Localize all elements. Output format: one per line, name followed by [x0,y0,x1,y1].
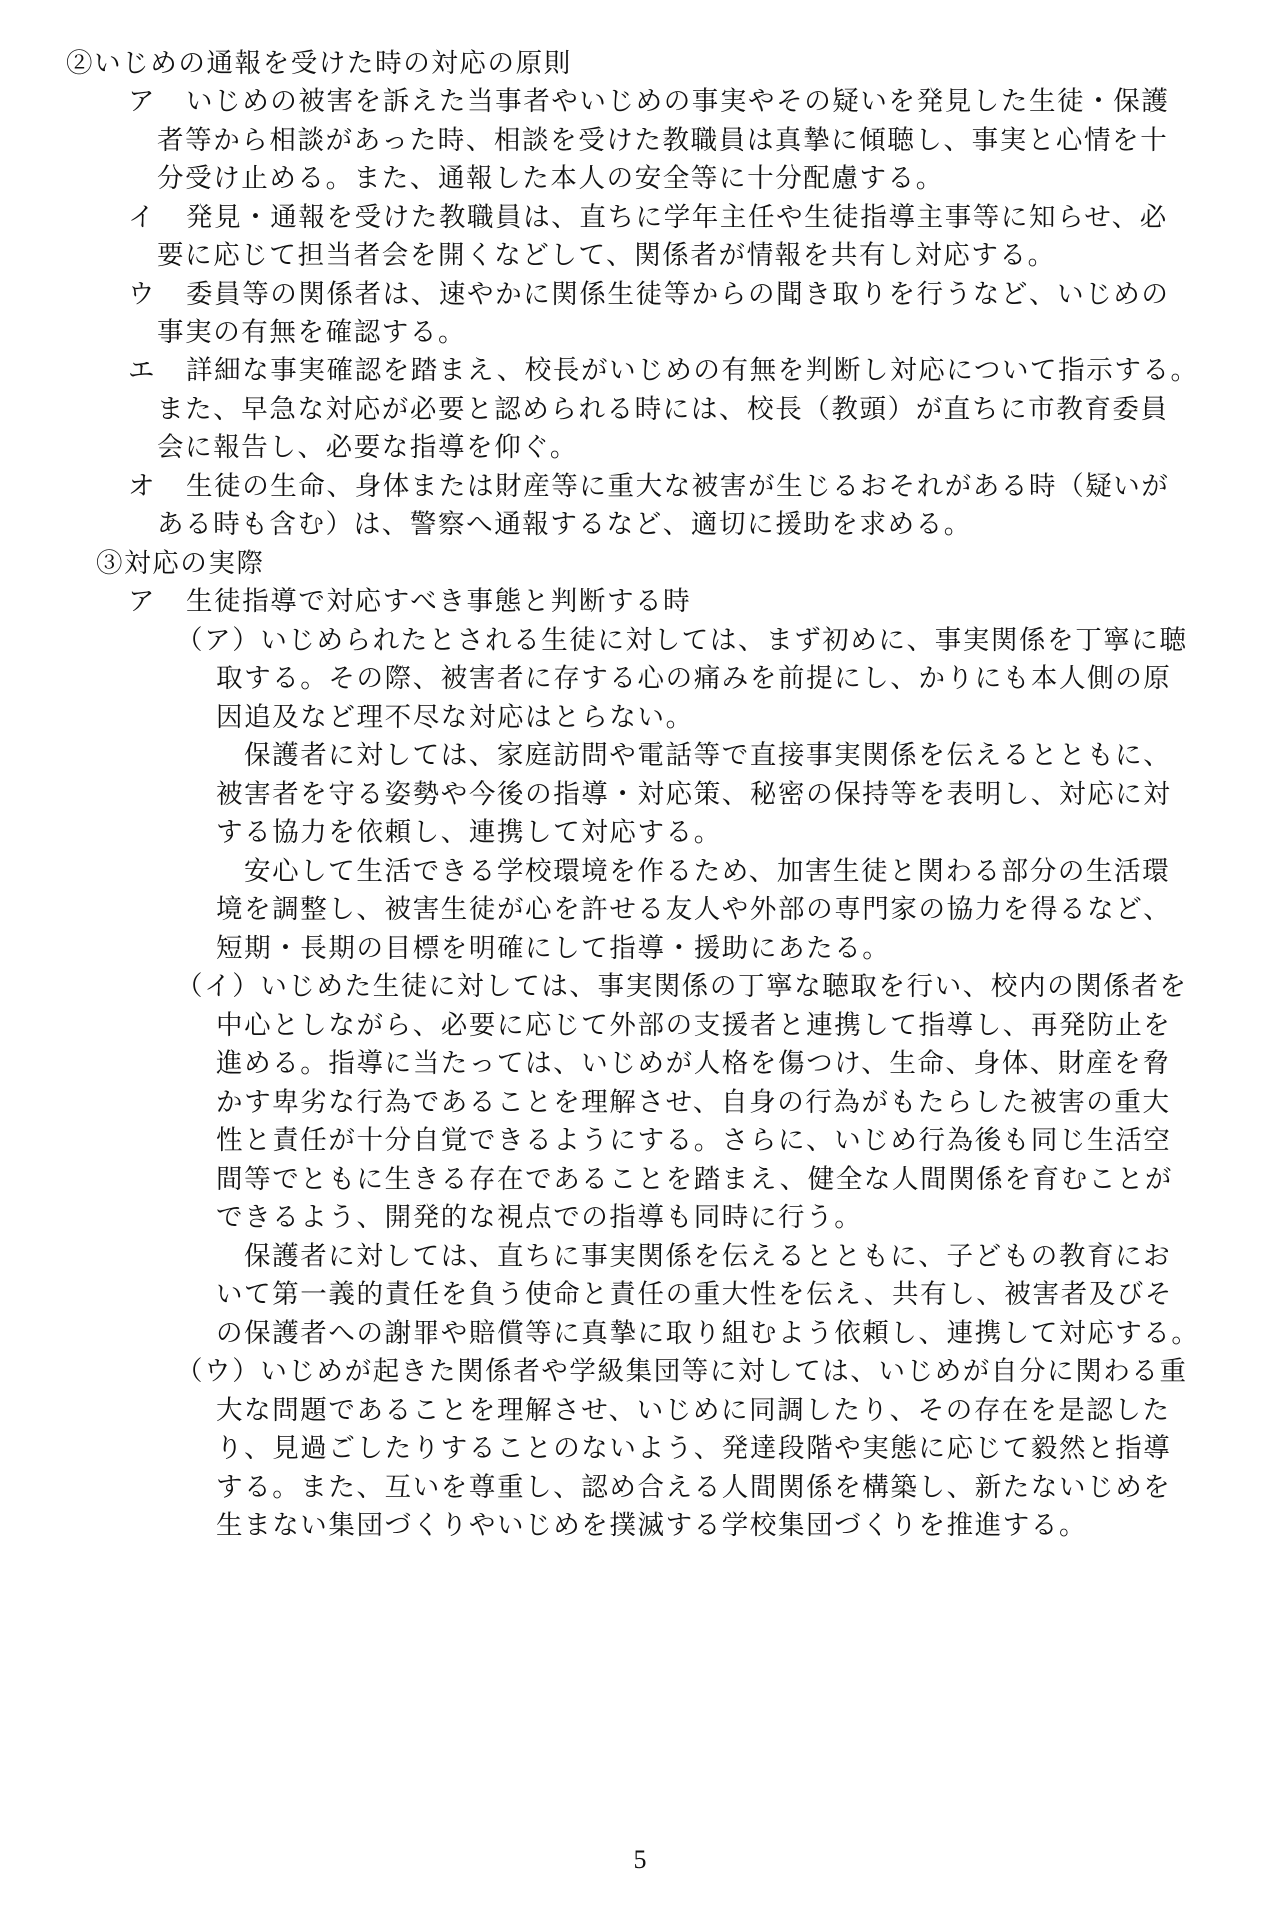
section-heading-3: ③対応の実際 [96,544,265,582]
subitem-line: かす卑劣な行為であることを理解させ、自身の行為がもたらした被害の重大 [216,1083,1171,1121]
section-heading-2: ②いじめの通報を受けた時の対応の原則 [66,44,572,82]
subitem-line: 生まない集団づくりやいじめを撲滅する学校集団づくりを推進する。 [216,1506,1087,1544]
item-a-title: ア生徒指導で対応すべき事態と判断する時 [128,582,691,620]
subitem-line: いじめた生徒に対しては、事実関係の丁寧な聴取を行い、校内の関係者を [260,971,1187,1001]
item-line: 会に報告し、必要な指導を仰ぐ。 [157,428,578,466]
subitem-line: 保護者に対しては、直ちに事実関係を伝えるとともに、子どもの教育にお [244,1237,1171,1275]
subitem-line: 進める。指導に当たっては、いじめが人格を傷つけ、生命、身体、財産を脅 [216,1044,1170,1082]
item-marker: ウ [128,275,186,313]
subitem-line: 間等でともに生きる存在であることを踏まえ、健全な人間関係を育むことが [216,1160,1173,1198]
item-line: 発見・通報を受けた教職員は、直ちに学年主任や生徒指導主事等に知らせ、必 [186,202,1168,232]
subitem-line: できるよう、開発的な視点での指導も同時に行う。 [216,1198,862,1236]
subitem-line: 中心としながら、必要に応じて外部の支援者と連携して指導し、再発防止を [216,1006,1171,1044]
subitem-marker: （ア） [176,621,260,659]
subitem-line: 因追及など理不尽な対応はとらない。 [216,698,694,736]
item-marker: エ [128,351,186,389]
subitem-line: いて第一義的責任を負う使命と責任の重大性を伝え、共有し、被害者及びそ [216,1275,1173,1313]
item-line: いじめの被害を訴えた当事者やいじめの事実やその疑いを発見した生徒・保護 [186,86,1170,116]
subitem-marker: （イ） [176,967,260,1005]
item-e: エ詳細な事実確認を踏まえ、校長がいじめの有無を判断し対応について指示する。 [128,351,1199,389]
subitem-line: いじめが起きた関係者や学級集団等に対しては、いじめが自分に関わる重 [260,1356,1187,1386]
subitem-u: （ウ）いじめが起きた関係者や学級集団等に対しては、いじめが自分に関わる重 [176,1352,1188,1390]
item-line: 要に応じて担当者会を開くなどして、関係者が情報を共有し対応する。 [157,236,1056,274]
page-number: 5 [0,1842,1280,1878]
item-marker: ア [128,82,186,120]
item-line: ある時も含む）は、警察へ通報するなど、適切に援助を求める。 [157,505,972,543]
subitem-line: 性と責任が十分自覚できるようにする。さらに、いじめ行為後も同じ生活空 [216,1121,1171,1159]
subitem-line: 被害者を守る姿勢や今後の指導・対応策、秘密の保持等を表明し、対応に対 [216,775,1171,813]
subitem-marker: （ウ） [176,1352,260,1390]
subitem-line: 保護者に対しては、家庭訪問や電話等で直接事実関係を伝えるとともに、 [244,736,1171,774]
item-marker: オ [128,467,186,505]
item-marker: イ [128,198,186,236]
item-title: 生徒指導で対応すべき事態と判断する時 [186,586,691,616]
subitem-line: り、見過ごしたりすることのないよう、発達段階や実態に応じて毅然と指導 [216,1429,1171,1467]
subitem-i: （イ）いじめた生徒に対しては、事実関係の丁寧な聴取を行い、校内の関係者を [176,967,1188,1005]
subitem-line: する協力を依頼し、連携して対応する。 [216,813,722,851]
subitem-line: 短期・長期の目標を明確にして指導・援助にあたる。 [216,929,890,967]
item-i: イ発見・通報を受けた教職員は、直ちに学年主任や生徒指導主事等に知らせ、必 [128,198,1168,236]
item-line: また、早急な対応が必要と認められる時には、校長（教頭）が直ちに市教育委員 [157,390,1169,428]
item-a: アいじめの被害を訴えた当事者やいじめの事実やその疑いを発見した生徒・保護 [128,82,1170,120]
subitem-line: する。また、互いを尊重し、認め合える人間関係を構築し、新たないじめを [216,1468,1171,1506]
subitem-a: （ア）いじめられたとされる生徒に対しては、まず初めに、事実関係を丁寧に聴 [176,621,1188,659]
document-page: ②いじめの通報を受けた時の対応の原則 アいじめの被害を訴えた当事者やいじめの事実… [0,0,1280,1914]
item-line: 分受け止める。また、通報した本人の安全等に十分配慮する。 [157,159,944,197]
item-line: 事実の有無を確認する。 [157,313,466,351]
subitem-line: 取する。その際、被害者に存する心の痛みを前提にし、かりにも本人側の原 [216,659,1171,697]
subitem-line: いじめられたとされる生徒に対しては、まず初めに、事実関係を丁寧に聴 [260,625,1187,655]
subitem-line: 境を調整し、被害生徒が心を許せる友人や外部の専門家の協力を得るなど、 [216,890,1171,928]
item-line: 委員等の関係者は、速やかに関係生徒等からの聞き取りを行うなど、いじめの [186,279,1170,309]
item-line: 生徒の生命、身体または財産等に重大な被害が生じるおそれがある時（疑いが [186,471,1170,501]
subitem-line: の保護者への謝罪や賠償等に真摯に取り組むよう依頼し、連携して対応する。 [216,1314,1200,1352]
item-o: オ生徒の生命、身体または財産等に重大な被害が生じるおそれがある時（疑いが [128,467,1170,505]
item-line: 詳細な事実確認を踏まえ、校長がいじめの有無を判断し対応について指示する。 [186,355,1199,385]
subitem-line: 安心して生活できる学校環境を作るため、加害生徒と関わる部分の生活環 [244,852,1170,890]
subitem-line: 大な問題であることを理解させ、いじめに同調したり、その存在を是認した [216,1391,1171,1429]
item-u: ウ委員等の関係者は、速やかに関係生徒等からの聞き取りを行うなど、いじめの [128,275,1170,313]
item-marker: ア [128,582,186,620]
item-line: 者等から相談があった時、相談を受けた教職員は真摯に傾聴し、事実と心情を十 [157,121,1168,159]
